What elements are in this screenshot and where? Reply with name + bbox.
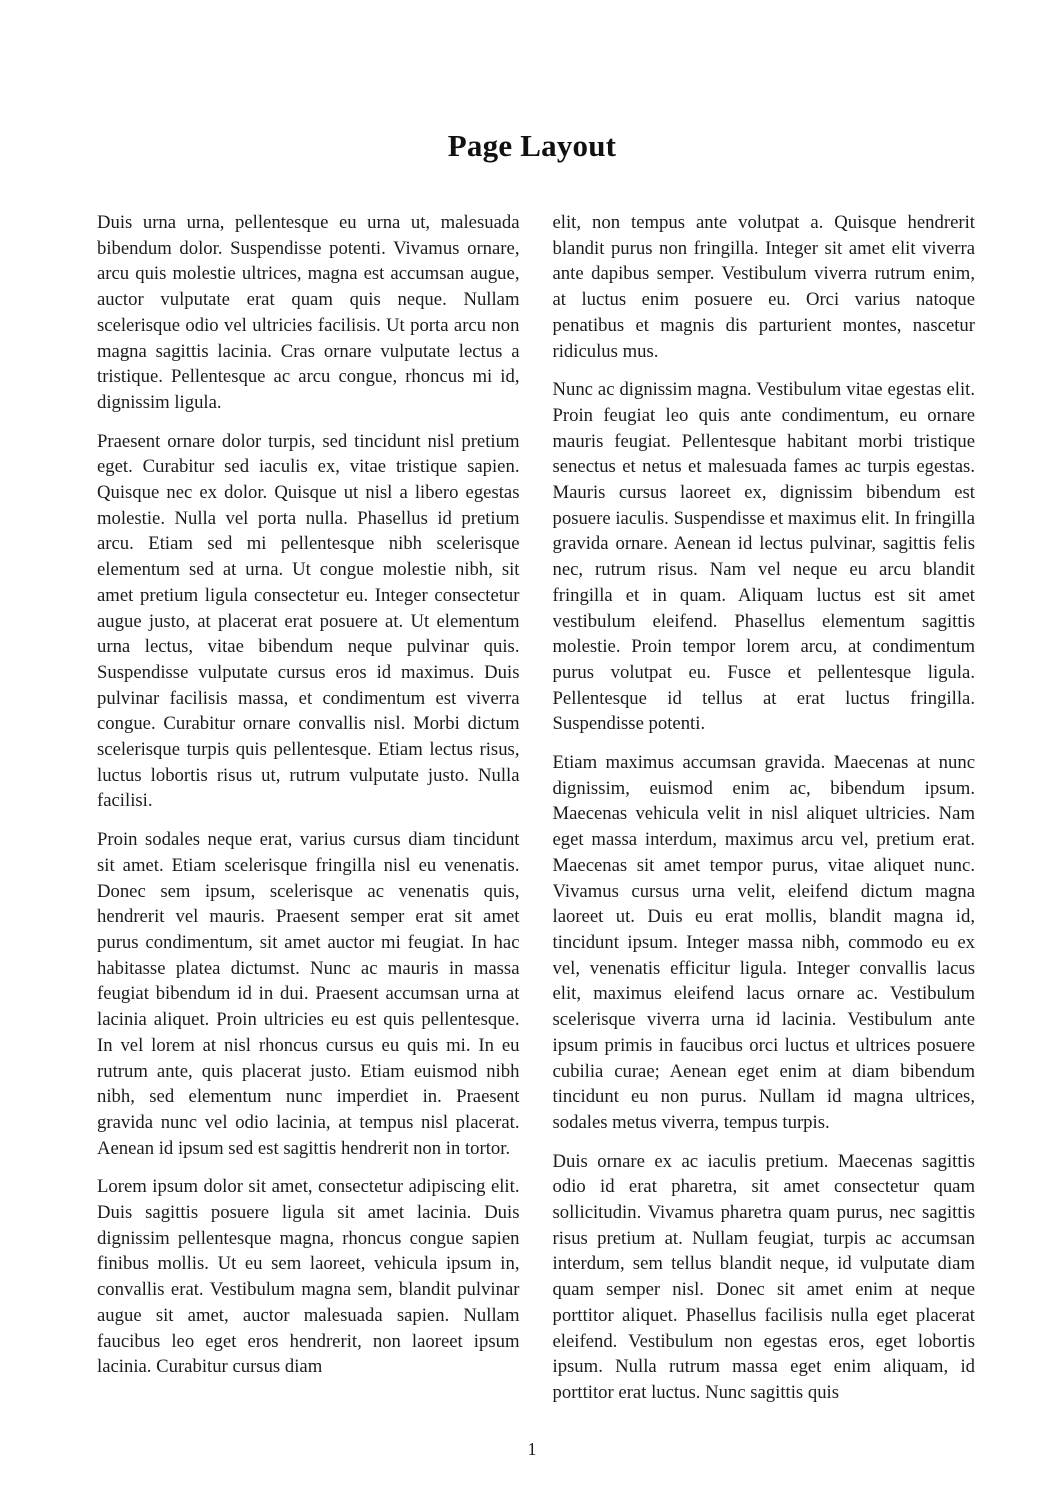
page-title: Page Layout: [0, 128, 1064, 164]
paragraph: Proin sodales neque erat, varius cursus …: [97, 827, 520, 1161]
text-column-left: Duis urna urna, pellentesque eu urna ut,…: [97, 210, 520, 1435]
text-column-right: elit, non tempus ante volutpat a. Quisqu…: [553, 210, 976, 1435]
paragraph: Nunc ac dignissim magna. Vestibulum vita…: [553, 377, 976, 737]
two-column-text-block: Duis urna urna, pellentesque eu urna ut,…: [97, 210, 975, 1435]
paragraph: Duis urna urna, pellentesque eu urna ut,…: [97, 210, 520, 416]
paragraph: elit, non tempus ante volutpat a. Quisqu…: [553, 210, 976, 364]
paragraph: Praesent ornare dolor turpis, sed tincid…: [97, 429, 520, 815]
document-page: Page Layout Duis urna urna, pellentesque…: [0, 0, 1064, 1507]
paragraph: Duis ornare ex ac iaculis pretium. Maece…: [553, 1149, 976, 1406]
paragraph: Lorem ipsum dolor sit amet, consectetur …: [97, 1174, 520, 1380]
page-number: 1: [0, 1439, 1064, 1460]
paragraph: Etiam maximus accumsan gravida. Maecenas…: [553, 750, 976, 1136]
